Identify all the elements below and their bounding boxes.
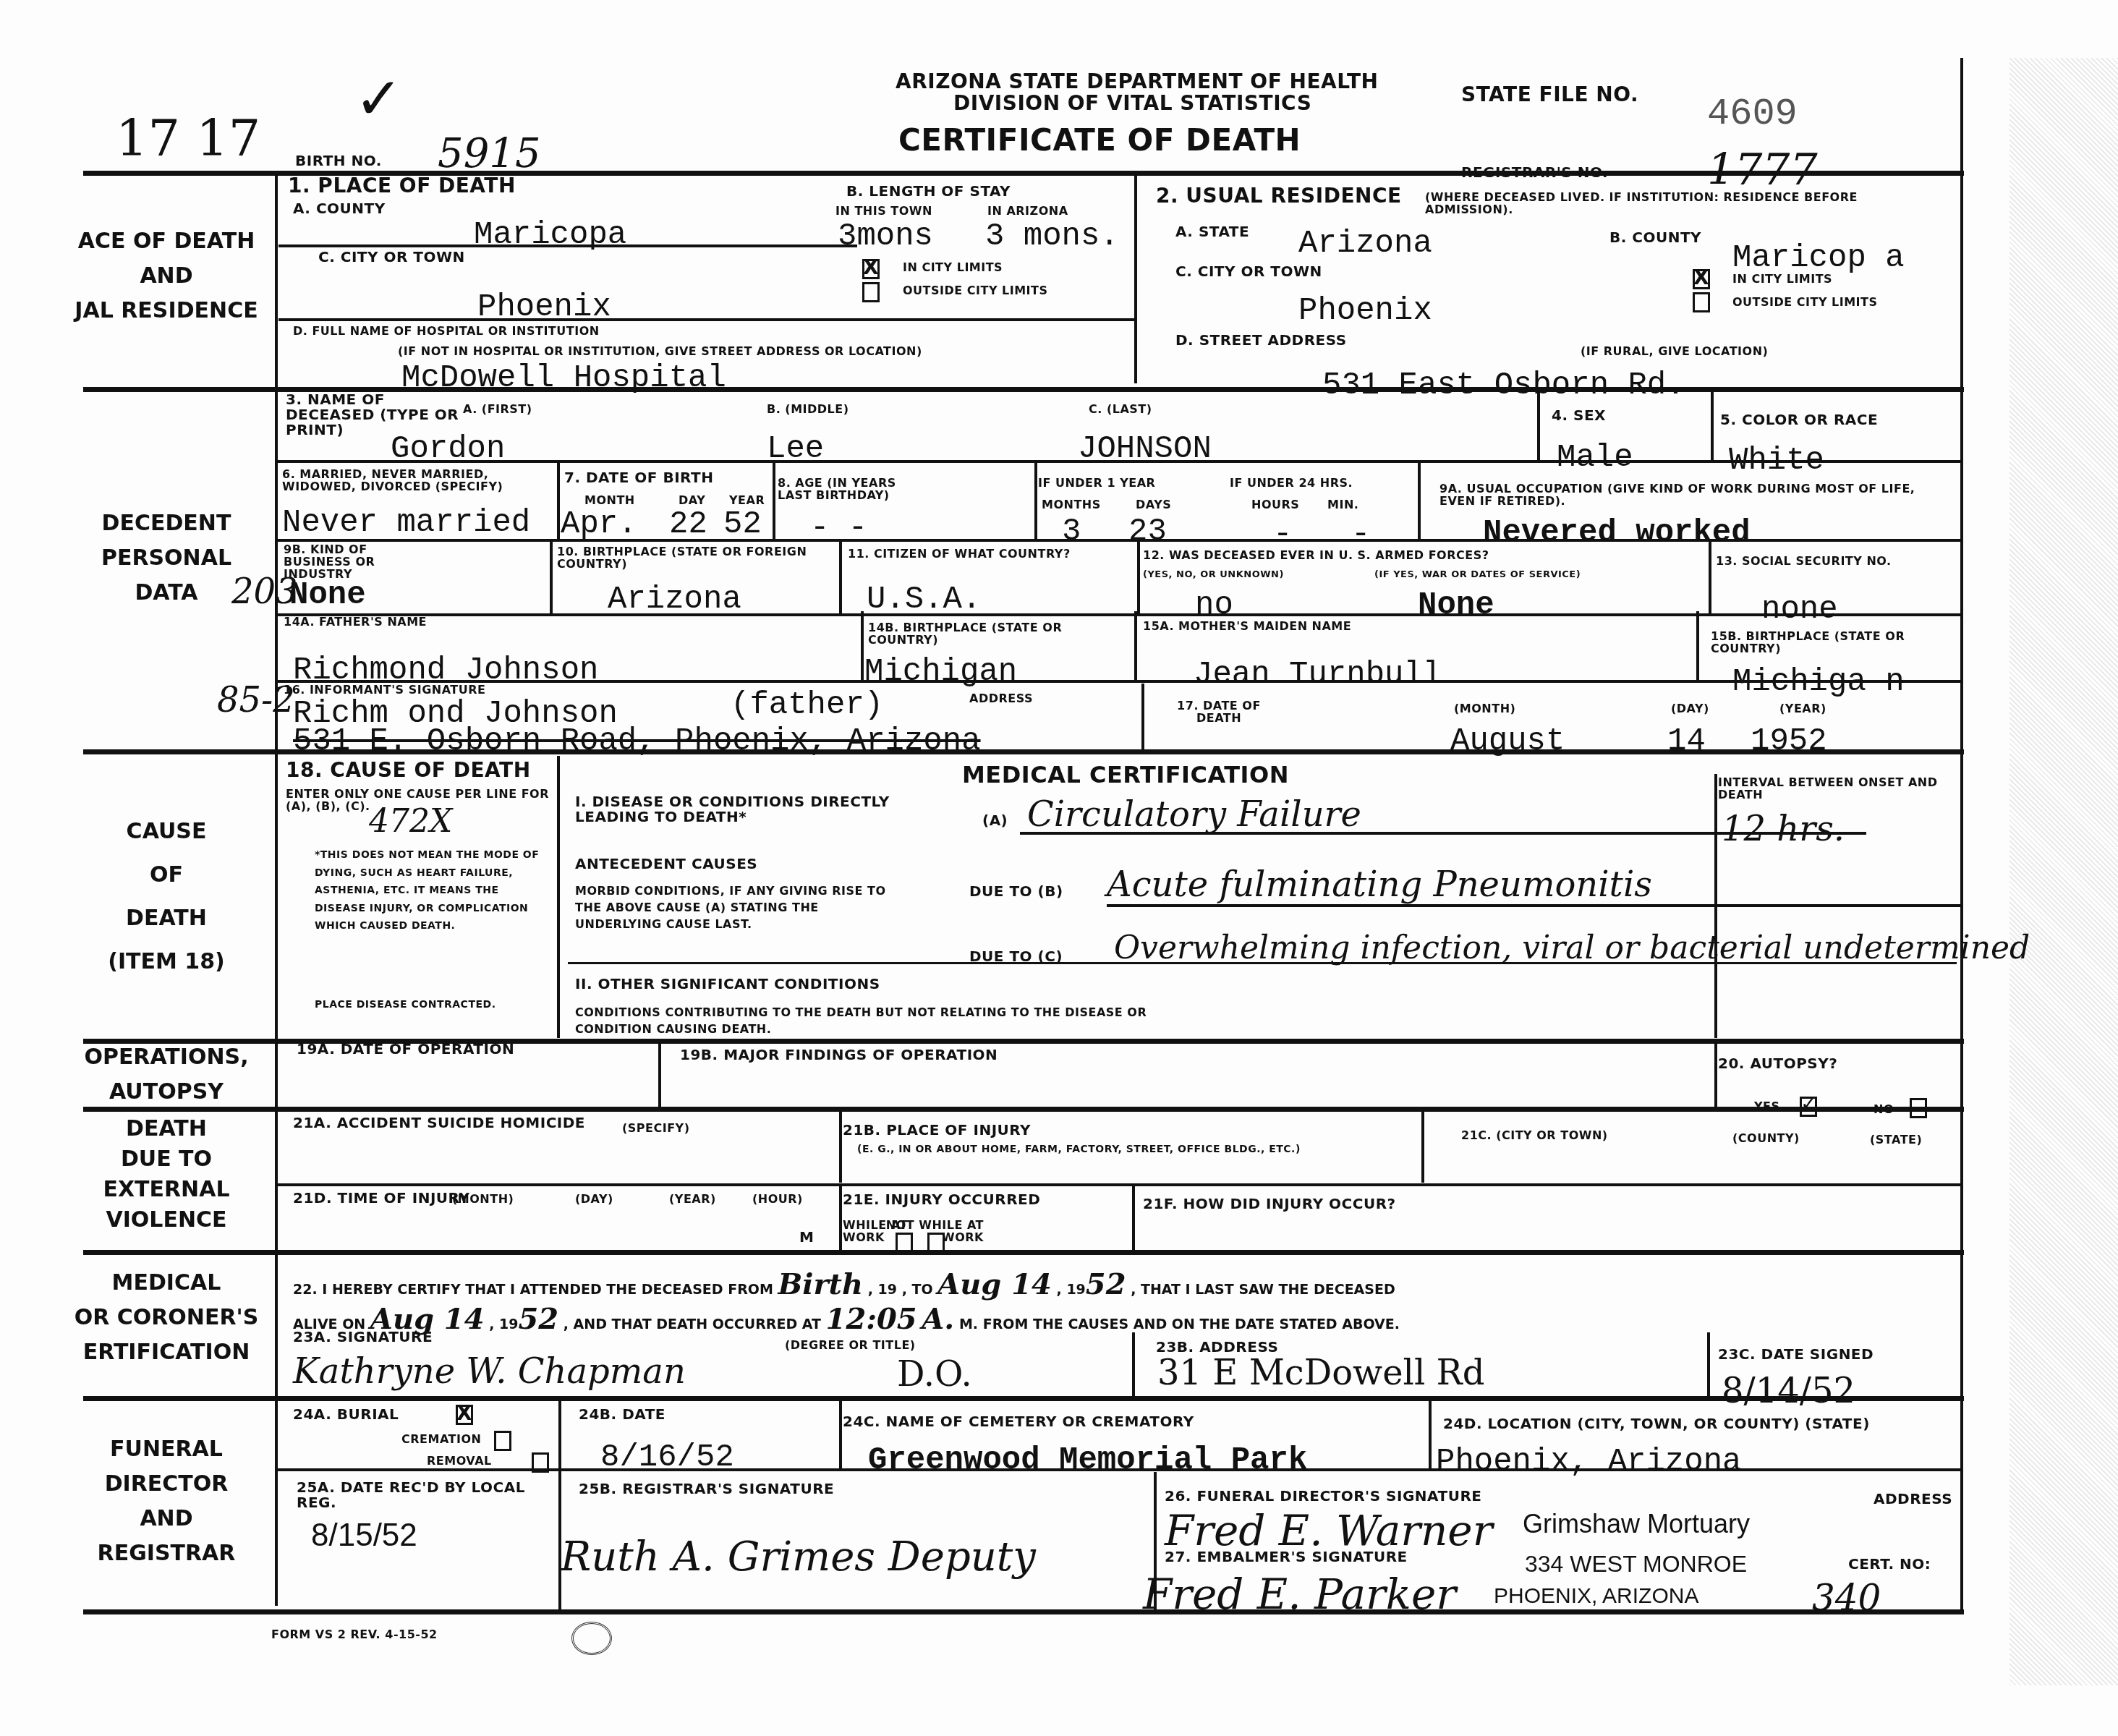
res-street-label: D. STREET ADDRESS [1175, 333, 1347, 348]
min-label: MIN. [1327, 499, 1358, 511]
father-birthplace-label: 14B. BIRTHPLACE (STATE OR COUNTRY) [868, 622, 1078, 647]
ssn: none [1761, 592, 1838, 628]
res-state-label: A. STATE [1175, 224, 1249, 239]
cemetery-label: 24C. NAME OF CEMETERY OR CREMATORY [843, 1414, 1194, 1429]
form-number: FORM VS 2 REV. 4-15-52 [271, 1629, 438, 1641]
hospital-label: D. FULL NAME OF HOSPITAL OR INSTITUTION [293, 325, 857, 338]
injury-occurred-label: 21E. INJURY OCCURRED [843, 1192, 1040, 1207]
place-contracted: PLACE DISEASE CONTRACTED. [315, 1000, 553, 1010]
divider [83, 1250, 1964, 1255]
outside-city-limits-label: OUTSIDE CITY LIMITS [903, 285, 1048, 297]
armed: no [1195, 587, 1233, 624]
autopsy-yes-checkbox[interactable]: ✓ [1800, 1097, 1817, 1117]
director-label: 26. FUNERAL DIRECTOR'S SIGNATURE [1165, 1489, 1481, 1504]
first-name: Gordon [391, 431, 505, 467]
divider [83, 1609, 1964, 1614]
side-label-cause: CAUSEOFDEATH(ITEM 18) [72, 810, 260, 984]
registrar-no: 1777 [1707, 145, 1818, 195]
dob-year: 52 [723, 506, 762, 542]
first-label: A. (FIRST) [463, 404, 532, 416]
father-label: 14A. FATHER'S NAME [284, 616, 427, 629]
divider [1709, 541, 1711, 613]
cause-a: Circulatory Failure [1027, 794, 1361, 835]
cause-b-label: DUE TO (B) [969, 884, 1063, 899]
city-label: C. CITY OR TOWN [318, 250, 465, 265]
registrar-sig-label: 25B. REGISTRAR'S SIGNATURE [579, 1481, 834, 1497]
interval: 12 hrs. [1722, 809, 1845, 849]
armed-label: 12. WAS DECEASED EVER IN U. S. ARMED FOR… [1143, 550, 1489, 562]
dod-year-label: (YEAR) [1779, 703, 1826, 715]
agency-line2: DIVISION OF VITAL STATISTICS [953, 93, 1311, 114]
middle-label: B. (MIDDLE) [767, 404, 849, 416]
union-seal-icon [571, 1622, 612, 1655]
days-label: DAYS [1136, 499, 1171, 511]
date-signed-label: 23C. DATE SIGNED [1718, 1347, 1874, 1362]
autopsy-label: 20. AUTOPSY? [1718, 1056, 1837, 1071]
received-label: 25A. DATE REC'D BY LOCAL REG. [297, 1480, 543, 1510]
divider [1141, 684, 1144, 750]
res-outside-city-limits-label: OUTSIDE CITY LIMITS [1732, 297, 1878, 309]
injury-day-label: (DAY) [575, 1193, 613, 1206]
usual-residence-label: 2. USUAL RESIDENCE [1156, 185, 1402, 206]
embalmer-label: 27. EMBALMER'S SIGNATURE [1165, 1549, 1408, 1565]
res-city-label: C. CITY OR TOWN [1175, 264, 1322, 279]
direct-cause-label: I. DISEASE OR CONDITIONS DIRECTLY LEADIN… [575, 794, 922, 825]
informant-address-label: ADDRESS [969, 693, 1033, 705]
divider [1707, 1332, 1710, 1396]
degree-label: (DEGREE OR TITLE) [785, 1340, 916, 1352]
divider [1132, 1332, 1135, 1396]
marital-status: Never married [282, 505, 530, 541]
stay-label: B. LENGTH OF STAY [846, 184, 1011, 199]
checkmark-icon: ✓ [354, 65, 403, 132]
divider [839, 541, 842, 613]
age-months: 3 [1062, 514, 1081, 550]
dob-label: 7. DATE OF BIRTH [564, 470, 713, 485]
injury-m-label: M [799, 1230, 814, 1245]
months-label: MONTHS [1042, 499, 1101, 511]
informant-relation: (father) [731, 687, 883, 723]
injury-city-label: 21C. (CITY OR TOWN) [1461, 1130, 1608, 1142]
last-label: C. (LAST) [1089, 404, 1152, 416]
divider [1134, 174, 1137, 383]
operation-findings-label: 19B. MAJOR FINDINGS OF OPERATION [680, 1047, 998, 1063]
autopsy-no-checkbox[interactable] [1910, 1098, 1927, 1118]
medical-cert-label: MEDICAL CERTIFICATION [962, 763, 1289, 788]
stay-town-label: IN THIS TOWN [835, 205, 932, 218]
injury-county-label: (COUNTY) [1732, 1133, 1800, 1145]
dod-month-label: (MONTH) [1454, 703, 1515, 715]
divider [568, 962, 1957, 964]
sex: Male [1557, 440, 1633, 476]
armed-service: None [1418, 587, 1494, 624]
attended-from: Birth [778, 1267, 863, 1301]
divider [1696, 611, 1699, 680]
sex-label: 4. SEX [1552, 408, 1606, 423]
race: White [1729, 443, 1824, 479]
mother-label: 15A. MOTHER'S MAIDEN NAME [1143, 621, 1351, 633]
page-title: CERTIFICATE OF DEATH [898, 124, 1301, 156]
cemetery: Greenwood Memorial Park [868, 1442, 1307, 1478]
divider [1714, 1042, 1717, 1108]
place-of-death-label: 1. PLACE OF DEATH [288, 175, 516, 196]
race-label: 5. COLOR OR RACE [1720, 412, 1878, 427]
divider [557, 756, 560, 1038]
cause-a-label: (A) [982, 813, 1008, 828]
scan-noise-edge [2009, 58, 2118, 1685]
removal-checkbox[interactable] [532, 1452, 549, 1473]
under-1-label: IF UNDER 1 YEAR [1038, 477, 1155, 490]
mortuary-name: Grimshaw Mortuary [1523, 1509, 1750, 1539]
cert-no: 340 [1812, 1577, 1881, 1619]
birthplace: Arizona [608, 582, 741, 618]
injury-time-label: 21D. TIME OF INJURY [293, 1191, 469, 1206]
agency-line1: ARIZONA STATE DEPARTMENT OF HEALTH [896, 71, 1378, 92]
hours-label: HOURS [1251, 499, 1299, 511]
usual-residence-note: (WHERE DECEASED LIVED. IF INSTITUTION: R… [1425, 192, 1946, 216]
armed-sub1: (YES, NO, OR UNKNOWN) [1143, 570, 1284, 580]
burial-date: 8/16/52 [600, 1439, 734, 1476]
death-county: Maricopa [474, 217, 626, 253]
armed-sub2: (IF YES, WAR OR DATES OF SERVICE) [1374, 570, 1581, 580]
divider [275, 613, 1960, 616]
res-street: 531 East Osborn Rd. [1322, 367, 1685, 404]
cert-signature-label: 23A. SIGNATURE [293, 1329, 433, 1345]
hospital-note: (IF NOT IN HOSPITAL OR INSTITUTION, GIVE… [398, 346, 1121, 358]
cert-no-label: CERT. NO: [1848, 1557, 1931, 1572]
hospital-name: McDowell Hospital [401, 360, 726, 396]
res-outside-city-limits-checkbox[interactable] [1693, 292, 1710, 312]
county-label: A. COUNTY [293, 201, 386, 216]
divider [1960, 58, 1963, 1613]
divider [861, 611, 864, 680]
divider [773, 463, 775, 539]
cert-address: 31 E McDowell Rd [1157, 1353, 1484, 1393]
dob-day-label: DAY [679, 495, 705, 507]
cremation-label: CREMATION [401, 1434, 481, 1446]
ssn-label: 13. SOCIAL SECURITY NO. [1716, 556, 1947, 568]
cause-section-label: 18. CAUSE OF DEATH [286, 759, 531, 780]
burial-date-label: 24B. DATE [579, 1407, 665, 1422]
business: None [289, 577, 366, 613]
cause-code: 472X [369, 803, 452, 840]
business-label: 9B. KIND OF BUSINESS OR INDUSTRY [284, 544, 428, 580]
stay-arizona-label: IN ARIZONA [987, 205, 1068, 218]
injury-year-label: (YEAR) [669, 1193, 716, 1206]
cause-footnote: *THIS DOES NOT MEAN THE MODE OF DYING, S… [315, 846, 553, 935]
divider [275, 1183, 1960, 1186]
injury-state-label: (STATE) [1870, 1134, 1922, 1146]
mother-birthplace-label: 15B. BIRTHPLACE (STATE OR COUNTRY) [1711, 631, 1949, 655]
mother-birthplace: Michiga n [1732, 664, 1905, 700]
informant-address: 531 E. Osborn Road, Phoenix, Arizona [293, 723, 981, 759]
injury-place-note: (E. G., IN OR ABOUT HOME, FARM, FACTORY,… [857, 1144, 1436, 1155]
mother-name: Jean Turnbull [1194, 657, 1442, 693]
res-in-city-limits-label: IN CITY LIMITS [1732, 273, 1832, 286]
state-file-no: 4609 [1707, 93, 1798, 135]
burial-label: 24A. BURIAL [293, 1407, 399, 1422]
interval-label: INTERVAL BETWEEN ONSET AND DEATH [1718, 777, 1964, 801]
side-label-operations: OPERATIONS,AUTOPSY [72, 1040, 260, 1110]
divider [278, 244, 857, 247]
registrar-signature: Ruth A. Grimes Deputy [561, 1533, 1036, 1580]
how-injury-label: 21F. HOW DID INJURY OCCUR? [1143, 1196, 1396, 1212]
location-label: 24D. LOCATION (CITY, TOWN, OR COUNTY) (S… [1443, 1416, 1870, 1431]
side-label-place: ACE OF DEATHANDJAL RESIDENCE [72, 224, 260, 328]
divider [1421, 1110, 1424, 1183]
cert-line1: 22. I HEREBY CERTIFY THAT I ATTENDED THE… [293, 1267, 1395, 1301]
other-conditions-label: II. OTHER SIGNIFICANT CONDITIONS [575, 977, 880, 992]
stay-arizona: 3 mons. [985, 218, 1119, 255]
divider [83, 1396, 1964, 1401]
divider [550, 541, 553, 613]
operation-date-label: 19A. DATE OF OPERATION [297, 1042, 514, 1057]
res-in-city-limits-checkbox[interactable]: X [1693, 269, 1710, 289]
age-hours: - [1273, 516, 1292, 553]
date-signed: 8/14/52 [1722, 1371, 1855, 1411]
embalmer-signature: Fred E. Parker [1143, 1570, 1456, 1619]
dob-day: 22 [669, 506, 707, 542]
divider [1132, 1186, 1135, 1251]
burial-checkbox[interactable]: X [456, 1405, 473, 1425]
stay-town: 3mons [838, 218, 933, 255]
middle-name: Lee [767, 431, 824, 467]
divider [839, 1110, 842, 1183]
age-label: 8. AGE (IN YEARS LAST BIRTHDAY) [778, 477, 911, 502]
divider [1711, 391, 1714, 460]
outside-city-limits-checkbox[interactable] [862, 282, 880, 302]
cert-signature: Kathryne W. Chapman [293, 1351, 686, 1392]
divider [839, 1400, 842, 1468]
informant-label: 16. INFORMANT'S SIGNATURE [284, 684, 486, 697]
dod-year: 1952 [1751, 723, 1827, 759]
divider [1137, 541, 1140, 613]
dod-day: 14 [1667, 723, 1706, 759]
cause-b: Acute fulminating Pneumonitis [1107, 864, 1652, 905]
side-label-funeral: FUNERALDIRECTORANDREGISTRAR [72, 1432, 260, 1571]
under-24-label: IF UNDER 24 HRS. [1230, 477, 1353, 490]
autopsy-no-label: NO [1874, 1104, 1894, 1116]
divider [1429, 1400, 1432, 1468]
mortuary-street: 334 WEST MONROE [1525, 1551, 1747, 1578]
injury-place-label: 21B. PLACE OF INJURY [843, 1123, 1031, 1138]
last-name: JOHNSON [1078, 431, 1212, 467]
age-days: 23 [1128, 514, 1167, 550]
divider [658, 1042, 661, 1108]
divider [1537, 391, 1540, 460]
injury-hour-label: (HOUR) [752, 1193, 803, 1206]
removal-label: REMOVAL [427, 1455, 492, 1468]
director-address-label: ADDRESS [1874, 1492, 1952, 1507]
father-birthplace: Michigan [864, 654, 1017, 690]
res-county-label: B. COUNTY [1609, 230, 1701, 245]
divider [83, 1107, 1964, 1112]
age-min: - [1351, 516, 1370, 553]
dob-month-label: MONTH [584, 495, 635, 507]
res-state: Arizona [1298, 226, 1432, 262]
cremation-checkbox[interactable] [494, 1431, 511, 1451]
dob-month: Apr. [561, 506, 637, 542]
divider [278, 318, 1134, 321]
specify-label: (SPECIFY) [622, 1123, 690, 1135]
in-city-limits-label: IN CITY LIMITS [903, 262, 1003, 274]
not-while-at-work-checkbox[interactable] [927, 1233, 945, 1253]
occupation-label: 9A. USUAL OCCUPATION (GIVE KIND OF WORK … [1439, 483, 1946, 508]
divider [1418, 463, 1421, 539]
injury-month-label: (MONTH) [452, 1193, 514, 1206]
dod-label: 17. DATE OF DEATH [1175, 700, 1262, 725]
cert-line2: ALIVE ON Aug 14 , 1952 , AND THAT DEATH … [293, 1302, 1400, 1336]
divider [557, 463, 560, 539]
res-county: Maricop a [1732, 240, 1905, 276]
antecedent-note: MORBID CONDITIONS, IF ANY GIVING RISE TO… [575, 882, 893, 933]
birthplace-label: 10. BIRTHPLACE (STATE OR FOREIGN COUNTRY… [557, 546, 825, 571]
dod-day-label: (DAY) [1671, 703, 1709, 715]
location: Phoenix, Arizona [1436, 1444, 1741, 1480]
dob-year-label: YEAR [729, 495, 765, 507]
res-city: Phoenix [1298, 293, 1432, 329]
received-date: 8/15/52 [311, 1518, 417, 1554]
res-street-note: (IF RURAL, GIVE LOCATION) [1581, 346, 1768, 358]
side-label-medical: MEDICALOR CORONER'SERTIFICATION [72, 1266, 260, 1370]
death-time: 12:05 [826, 1302, 917, 1336]
autopsy-yes-label: YES [1754, 1101, 1780, 1113]
divider [1034, 463, 1037, 539]
marital-label: 6. MARRIED, NEVER MARRIED, WIDOWED, DIVO… [282, 469, 557, 493]
death-certificate: ARIZONA STATE DEPARTMENT OF HEALTH DIVIS… [0, 0, 2118, 1736]
cert-degree: D.O. [897, 1354, 972, 1395]
cause-c: Overwhelming infection, viral or bacteri… [1114, 929, 2030, 966]
in-city-limits-checkbox[interactable]: X [862, 259, 880, 279]
state-file-label: STATE FILE NO. [1461, 84, 1638, 105]
other-conditions-note: CONDITIONS CONTRIBUTING TO THE DEATH BUT… [575, 1004, 1197, 1037]
attended-to: Aug 14 [937, 1267, 1052, 1301]
divider [1134, 611, 1137, 680]
mortuary-city: PHOENIX, ARIZONA [1494, 1584, 1698, 1609]
margin-number: 17 17 [116, 109, 260, 168]
citizen: U.S.A. [867, 582, 981, 618]
dod-month: August [1450, 723, 1565, 759]
birth-no-label: BIRTH NO. [295, 153, 382, 169]
accident-label: 21A. ACCIDENT SUICIDE HOMICIDE [293, 1115, 585, 1131]
antecedent-label: ANTECEDENT CAUSES [575, 856, 757, 872]
citizen-label: 11. CITIZEN OF WHAT COUNTRY? [848, 548, 1115, 561]
divider [839, 1186, 842, 1251]
divider [1107, 904, 1960, 907]
side-label-external: DEATHDUE TOEXTERNALVIOLENCE [72, 1114, 260, 1235]
